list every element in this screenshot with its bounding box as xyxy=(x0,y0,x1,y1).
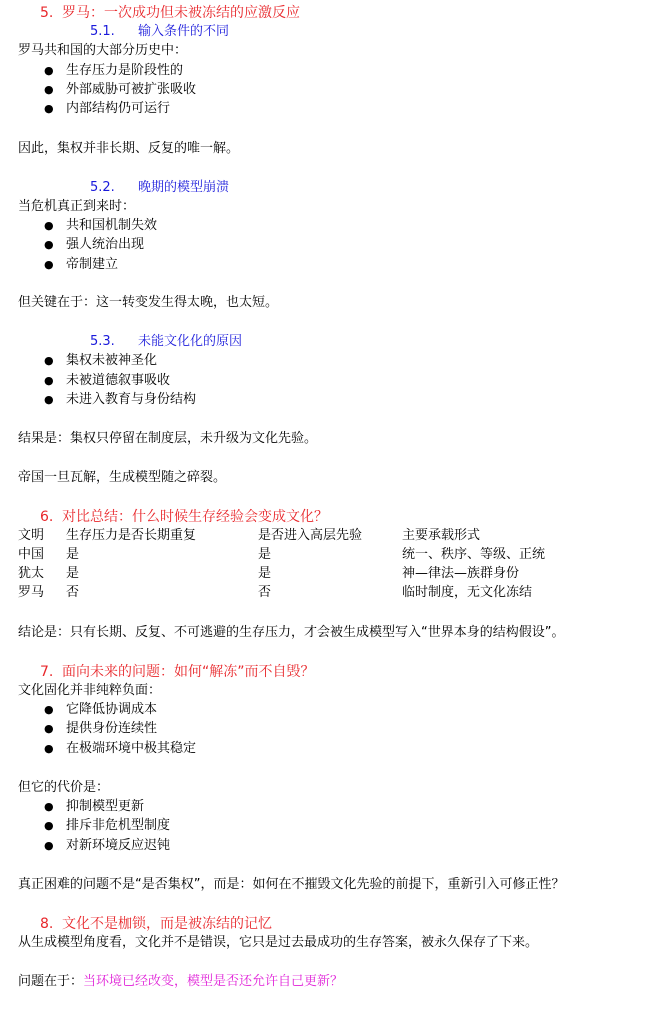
highlighted-question: 当环境已经改变，模型是否还允许自己更新？ xyxy=(83,974,343,989)
section-heading-5: 5.罗马：一次成功但未被冻结的应激反应 xyxy=(40,4,300,22)
bullet-icon: ● xyxy=(44,817,66,835)
bullet-icon: ● xyxy=(44,217,66,235)
subsection-heading-5-3: 5.3.未能文化化的原因 xyxy=(90,333,242,351)
bullet-icon: ● xyxy=(44,256,66,274)
table-header: 生存压力是否长期重复 xyxy=(66,527,196,545)
list-item-text: 排斥非危机型制度 xyxy=(66,818,170,833)
table-cell: 犹太 xyxy=(18,565,44,583)
section-heading-7: 7.面向未来的问题：如何“解冻”而不自毁？ xyxy=(40,663,315,681)
section-number: 6. xyxy=(40,508,62,526)
bullet-icon: ● xyxy=(44,740,66,758)
bullet-icon: ● xyxy=(44,352,66,370)
bullet-icon: ● xyxy=(44,81,66,99)
bullet-icon: ● xyxy=(44,701,66,719)
paragraph: 但它的代价是： xyxy=(18,779,109,797)
table-cell: 中国 xyxy=(18,546,44,564)
subsection-number: 5.3. xyxy=(90,333,138,351)
table-cell: 是 xyxy=(258,565,271,583)
list-item: ●强人统治出现 xyxy=(44,236,144,254)
list-item-text: 提供身份连续性 xyxy=(66,721,157,736)
list-item-text: 对新环境反应迟钝 xyxy=(66,838,170,853)
list-item-text: 抑制模型更新 xyxy=(66,799,144,814)
table-cell: 统一、秩序、等级、正统 xyxy=(402,546,545,564)
table-cell: 是 xyxy=(258,546,271,564)
list-item: ●未进入教育与身份结构 xyxy=(44,391,196,409)
paragraph: 结果是：集权只停留在制度层，未升级为文化先验。 xyxy=(18,430,317,448)
list-item: ●对新环境反应迟钝 xyxy=(44,837,170,855)
list-item-text: 帝制建立 xyxy=(66,257,118,272)
table-cell: 临时制度，无文化冻结 xyxy=(402,584,532,602)
list-item: ●外部威胁可被扩张吸收 xyxy=(44,81,196,99)
list-item: ●抑制模型更新 xyxy=(44,798,144,816)
table-cell: 否 xyxy=(258,584,271,602)
section-number: 7. xyxy=(40,663,62,681)
subsection-title: 晚期的模型崩溃 xyxy=(138,180,229,195)
bullet-icon: ● xyxy=(44,236,66,254)
table-header: 是否进入高层先验 xyxy=(258,527,362,545)
list-item: ●排斥非危机型制度 xyxy=(44,817,170,835)
list-item-text: 它降低协调成本 xyxy=(66,702,157,717)
subsection-title: 输入条件的不同 xyxy=(138,24,229,39)
table-cell: 是 xyxy=(66,565,79,583)
section-number: 8. xyxy=(40,915,62,933)
paragraph: 因此，集权并非长期、反复的唯一解。 xyxy=(18,140,239,158)
bullet-icon: ● xyxy=(44,372,66,390)
paragraph: 结论是：只有长期、反复、不可逃避的生存压力，才会被生成模型写入“世界本身的结构假… xyxy=(18,624,564,642)
section-heading-8: 8.文化不是枷锁，而是被冻结的记忆 xyxy=(40,915,272,933)
bullet-icon: ● xyxy=(44,798,66,816)
paragraph: 文化固化并非纯粹负面： xyxy=(18,682,161,700)
list-item-text: 生存压力是阶段性的 xyxy=(66,63,183,78)
paragraph: 真正困难的问题不是“是否集权”，而是：如何在不摧毁文化先验的前提下，重新引入可修… xyxy=(18,876,564,894)
list-item-text: 集权未被神圣化 xyxy=(66,353,157,368)
question-paragraph: 问题在于：当环境已经改变，模型是否还允许自己更新？ xyxy=(18,973,343,991)
list-item-text: 强人统治出现 xyxy=(66,237,144,252)
subsection-number: 5.2. xyxy=(90,179,138,197)
paragraph: 罗马共和国的大部分历史中： xyxy=(18,42,187,60)
bullet-icon: ● xyxy=(44,62,66,80)
list-item-text: 共和国机制失效 xyxy=(66,218,157,233)
table-cell: 否 xyxy=(66,584,79,602)
question-prefix: 问题在于： xyxy=(18,974,83,989)
list-item: ●内部结构仍可运行 xyxy=(44,100,170,118)
list-item-text: 在极端环境中极其稳定 xyxy=(66,741,196,756)
bullet-icon: ● xyxy=(44,100,66,118)
list-item-text: 内部结构仍可运行 xyxy=(66,101,170,116)
table-header: 主要承载形式 xyxy=(402,527,480,545)
subsection-title: 未能文化化的原因 xyxy=(138,334,242,349)
table-cell: 是 xyxy=(66,546,79,564)
subsection-number: 5.1. xyxy=(90,23,138,41)
list-item-text: 未进入教育与身份结构 xyxy=(66,392,196,407)
section-title: 面向未来的问题：如何“解冻”而不自毁？ xyxy=(62,664,315,680)
list-item: ●它降低协调成本 xyxy=(44,701,157,719)
table-cell: 神—律法—族群身份 xyxy=(402,565,519,583)
section-heading-6: 6.对比总结：什么时候生存经验会变成文化？ xyxy=(40,508,328,526)
list-item: ●提供身份连续性 xyxy=(44,720,157,738)
bullet-icon: ● xyxy=(44,837,66,855)
list-item: ●帝制建立 xyxy=(44,256,118,274)
table-cell: 罗马 xyxy=(18,584,44,602)
list-item-text: 未被道德叙事吸收 xyxy=(66,373,170,388)
paragraph: 但关键在于：这一转变发生得太晚，也太短。 xyxy=(18,294,278,312)
list-item: ●未被道德叙事吸收 xyxy=(44,372,170,390)
subsection-heading-5-2: 5.2.晚期的模型崩溃 xyxy=(90,179,229,197)
section-title: 对比总结：什么时候生存经验会变成文化？ xyxy=(62,509,328,525)
list-item: ●在极端环境中极其稳定 xyxy=(44,740,196,758)
section-title: 文化不是枷锁，而是被冻结的记忆 xyxy=(62,916,272,932)
list-item: ●集权未被神圣化 xyxy=(44,352,157,370)
list-item-text: 外部威胁可被扩张吸收 xyxy=(66,82,196,97)
table-header: 文明 xyxy=(18,527,44,545)
section-title: 罗马：一次成功但未被冻结的应激反应 xyxy=(62,5,300,21)
section-number: 5. xyxy=(40,4,62,22)
paragraph: 从生成模型角度看，文化并不是错误，它只是过去最成功的生存答案，被永久保存了下来。 xyxy=(18,934,538,952)
bullet-icon: ● xyxy=(44,391,66,409)
paragraph: 帝国一旦瓦解，生成模型随之碎裂。 xyxy=(18,469,226,487)
list-item: ●生存压力是阶段性的 xyxy=(44,62,183,80)
list-item: ●共和国机制失效 xyxy=(44,217,157,235)
paragraph: 当危机真正到来时： xyxy=(18,198,135,216)
bullet-icon: ● xyxy=(44,720,66,738)
subsection-heading-5-1: 5.1.输入条件的不同 xyxy=(90,23,229,41)
